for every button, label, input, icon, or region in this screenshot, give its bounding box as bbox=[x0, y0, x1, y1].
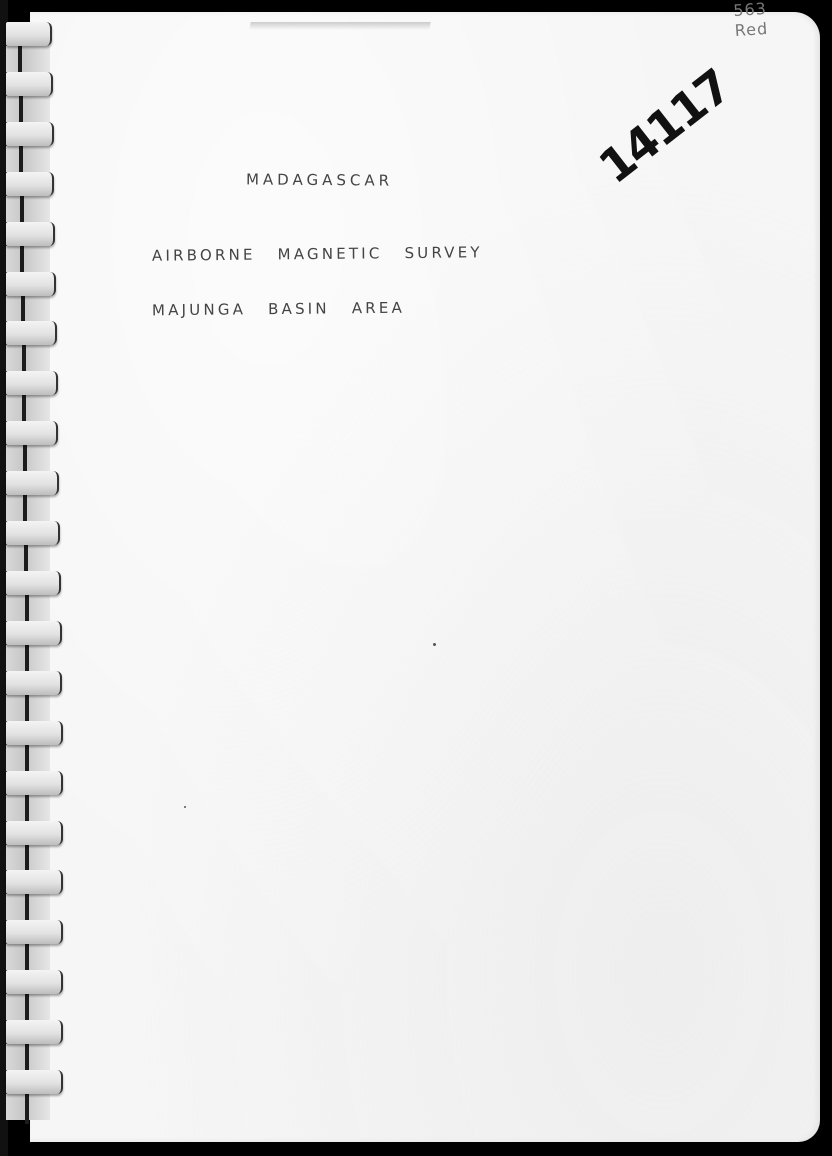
binding-ring bbox=[6, 222, 55, 246]
binding-ring bbox=[6, 671, 62, 695]
binding-ring-post bbox=[25, 841, 29, 875]
binding-ring-post bbox=[25, 641, 29, 675]
binding-ring bbox=[6, 1070, 63, 1094]
binding-ring-back bbox=[6, 96, 50, 122]
binding-ring-post bbox=[23, 441, 27, 475]
binding-ring-post bbox=[22, 391, 26, 425]
binding-ring-back bbox=[6, 196, 50, 222]
binding-ring bbox=[6, 771, 63, 795]
binding-ring bbox=[6, 621, 62, 645]
binding-ring bbox=[6, 821, 63, 845]
paper-speck bbox=[433, 643, 436, 646]
corner-note-number: 563 bbox=[733, 0, 768, 21]
binding-ring bbox=[6, 172, 54, 196]
binding-ring-post bbox=[25, 1090, 29, 1124]
binding-ring-back bbox=[6, 246, 50, 272]
binding-ring-back bbox=[6, 395, 50, 421]
binding-ring-back bbox=[6, 495, 50, 521]
binding-ring bbox=[6, 22, 52, 46]
corner-note-label: Red bbox=[734, 19, 769, 41]
pencil-corner-note: 563 Red bbox=[733, 0, 769, 41]
document-title: MADAGASCAR bbox=[246, 170, 393, 189]
binding-ring-post bbox=[25, 691, 29, 725]
binding-ring-post bbox=[23, 491, 27, 525]
binding-ring-post bbox=[25, 890, 29, 924]
binding-ring bbox=[6, 920, 63, 944]
binding-ring-back bbox=[6, 146, 50, 172]
binding-ring-back bbox=[6, 46, 50, 72]
binding-ring-post bbox=[21, 292, 25, 326]
binding-ring-post bbox=[18, 42, 22, 76]
binding-ring bbox=[6, 521, 60, 545]
binding-ring-post bbox=[25, 791, 29, 825]
binding-ring bbox=[6, 471, 59, 495]
scanned-document: 563 Red 14117 MADAGASCAR AIRBORNE MAGNET… bbox=[0, 0, 832, 1156]
binding-ring-post bbox=[22, 341, 26, 375]
binding-ring bbox=[6, 272, 56, 296]
binding-ring-back bbox=[6, 545, 50, 571]
binding-ring bbox=[6, 1020, 63, 1044]
binding-ring bbox=[6, 421, 58, 445]
binding-ring-post bbox=[25, 940, 29, 974]
binding-ring-post bbox=[25, 990, 29, 1024]
binding-ring-post bbox=[24, 541, 28, 575]
paper-speck bbox=[184, 806, 186, 808]
binding-ring-post bbox=[19, 142, 23, 176]
binding-ring bbox=[6, 870, 63, 894]
binding-ring bbox=[6, 721, 63, 745]
binding-ring-back bbox=[6, 296, 50, 322]
cover-page bbox=[30, 12, 820, 1142]
binding-ring bbox=[6, 321, 57, 345]
binding-ring bbox=[6, 571, 61, 595]
binding-ring-post bbox=[25, 741, 29, 775]
binding-ring bbox=[6, 970, 63, 994]
binding-ring-post bbox=[20, 242, 24, 276]
binding-ring-post bbox=[25, 591, 29, 625]
binding-ring bbox=[6, 72, 53, 96]
binding-ring-post bbox=[25, 1040, 29, 1074]
binding-ring-back bbox=[6, 445, 50, 471]
scan-smudge bbox=[249, 22, 430, 30]
binding-ring bbox=[6, 122, 54, 146]
binding-ring bbox=[6, 371, 58, 395]
binding-ring-back bbox=[6, 345, 50, 371]
document-subtitle: AIRBORNE MAGNETIC SURVEY bbox=[152, 243, 483, 264]
document-area: MAJUNGA BASIN AREA bbox=[152, 299, 405, 320]
spiral-binding bbox=[0, 0, 70, 1156]
binding-ring-post bbox=[20, 192, 24, 226]
binding-ring-post bbox=[19, 92, 23, 126]
